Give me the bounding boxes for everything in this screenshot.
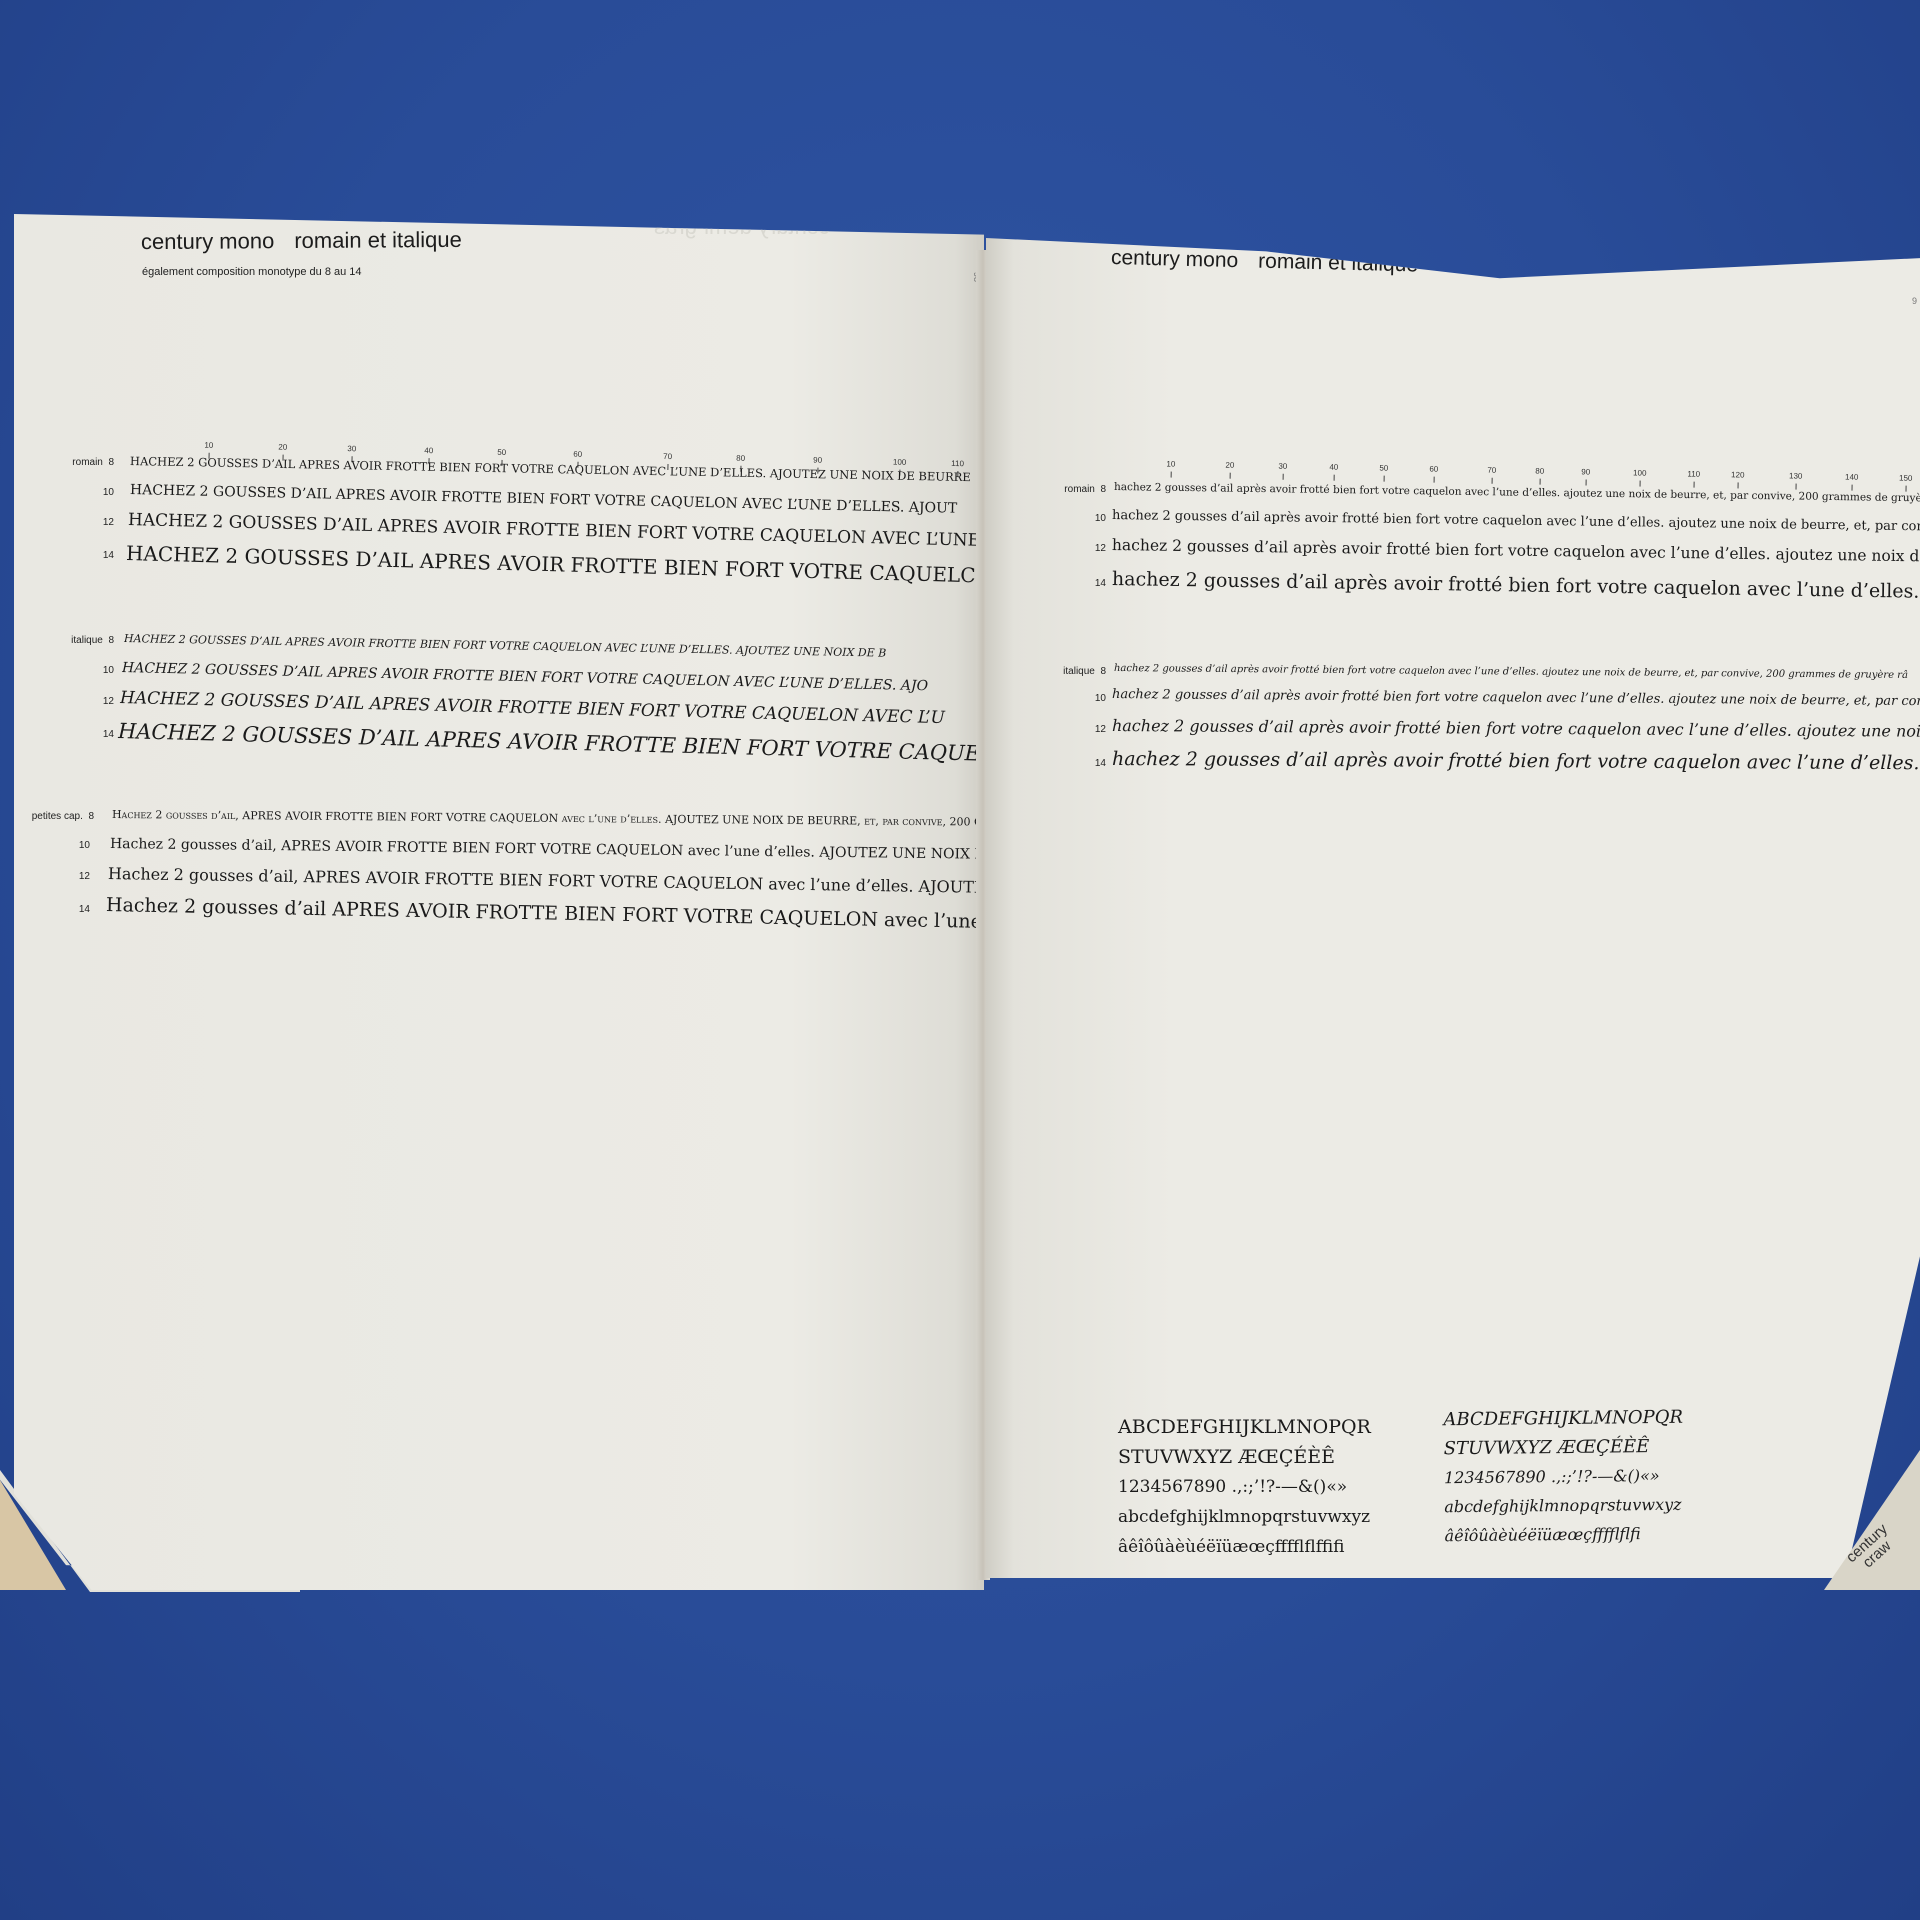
size-label: 14: [14, 904, 90, 915]
size-label: 10: [34, 665, 114, 676]
size-label: 10: [1026, 513, 1106, 524]
style-name: romain et italique: [294, 227, 462, 253]
ruler-tick: 50: [492, 448, 512, 457]
ruler-tick: 70: [658, 452, 678, 461]
ruler-tick: 40: [419, 446, 439, 455]
ruler-tick: 60: [1424, 464, 1444, 473]
ruler-tick: 20: [1220, 460, 1240, 469]
specimen-roman: ABCDEFGHIJKLMNOPQR STUVWXYZ ÆŒÇÉÈÊ 12345…: [1118, 1412, 1371, 1562]
ruler-tick: 120: [1728, 470, 1748, 479]
sample-line: Hachez 2 gousses d’ail APRES AVOIR FROTT…: [106, 894, 984, 933]
ruler-tick: 10: [1161, 459, 1181, 468]
size-label: 12: [34, 696, 114, 707]
specimen-lowercase: abcdefghijklmnopqrstuvwxyz: [1118, 1502, 1371, 1532]
sample-line: hachez 2 gousses d’ail après avoir frott…: [1112, 716, 1920, 741]
size-label: 14: [34, 729, 114, 740]
bleed-through-heading: century demi-gras: [654, 214, 830, 240]
ruler-tick: 20: [273, 442, 293, 451]
ruler-tick: 100: [890, 457, 910, 466]
ruler-tick: 150: [1896, 473, 1916, 482]
specimen-accents: âêîôûàèùéëïüæœçﬀﬄﬂﬃﬁ: [1118, 1532, 1371, 1562]
ruler-tick: 60: [568, 450, 588, 459]
ruler-tick: 110: [948, 459, 968, 468]
specimen-uppercase-1: ABCDEFGHIJKLMNOPQR: [1118, 1412, 1371, 1442]
specimen-uppercase-1: ABCDEFGHIJKLMNOPQR: [1443, 1403, 1683, 1435]
section-label: romain 8: [34, 457, 114, 468]
sample-line: HACHEZ 2 GOUSSES D’AIL APRES AVOIR FROTT…: [118, 719, 984, 766]
ruler-tick: 90: [1576, 467, 1596, 476]
specimen-uppercase-2: STUVWXYZ ÆŒÇÉÈÊ: [1118, 1442, 1371, 1472]
sample-line: hachez 2 gousses d’ail après avoir frott…: [1112, 748, 1920, 774]
sample-line: hachez 2 gousses d’ail après avoir frott…: [1112, 508, 1920, 534]
specimen-italic: ABCDEFGHIJKLMNOPQR STUVWXYZ ÆŒÇÉÈÊ 12345…: [1443, 1403, 1684, 1551]
style-name: romain et italique: [1258, 250, 1418, 277]
page-title: century monoromain et italique: [1111, 246, 1419, 277]
sample-line: Hachez 2 gousses d’ail, APRES AVOIR FROT…: [108, 864, 984, 897]
sample-line: Hachez 2 gousses d’ail, APRES AVOIR FROT…: [110, 836, 984, 863]
size-label: 10: [1026, 693, 1106, 704]
left-page: century demi-gras century monoromain et …: [14, 214, 984, 1590]
specimen-figures: 1234567890 .,:;’!?-—&()«»: [1444, 1461, 1684, 1493]
section-label: italique 8: [1026, 666, 1106, 677]
specimen-lowercase: abcdefghijklmnopqrstuvwxyz: [1444, 1490, 1684, 1522]
specimen-figures: 1234567890 .,:;’!?-—&()«»: [1118, 1472, 1371, 1502]
ruler-tick: 70: [1482, 466, 1502, 475]
right-page: century monoromain et italique 9 10 20 3…: [986, 238, 1920, 1578]
ruler-tick: 100: [1630, 468, 1650, 477]
ruler-tick: 90: [808, 455, 828, 464]
sample-line: HACHEZ 2 GOUSSES D’AIL APRES AVOIR FROTT…: [126, 541, 984, 588]
sample-line: HACHEZ 2 GOUSSES D’AIL APRES AVOIR FROTT…: [124, 632, 984, 662]
sample-line: hachez 2 gousses d’ail après avoir frott…: [1114, 663, 1920, 681]
ruler-tick: 30: [1273, 462, 1293, 471]
size-label: 12: [14, 871, 90, 882]
ruler-tick: 10: [199, 441, 219, 450]
ruler-tick: 80: [731, 454, 751, 463]
page-title: century monoromain et italique: [141, 227, 462, 255]
composition-note: également composition monotype du 8 au 1…: [142, 266, 362, 278]
size-label: 14: [1026, 758, 1106, 769]
page-number: 9: [1912, 296, 1917, 306]
size-label: 14: [1026, 578, 1106, 589]
specimen-accents: âêîôûàèùéëïüæœçﬀﬄﬂﬁ: [1444, 1519, 1684, 1551]
ruler-tick: 110: [1684, 469, 1704, 478]
size-label: 12: [1026, 543, 1106, 554]
ruler-tick: 130: [1786, 471, 1806, 480]
sample-line: Hachez 2 gousses d’ail, APRES AVOIR FROT…: [112, 808, 984, 829]
ruler-tick: 80: [1530, 466, 1550, 475]
ruler-tick: 40: [1324, 462, 1344, 471]
sample-line: hachez 2 gousses d’ail après avoir frott…: [1112, 687, 1920, 709]
section-label: romain 8: [1026, 484, 1106, 495]
ruler-tick: 30: [342, 444, 362, 453]
section-label: petites cap. 8: [14, 811, 94, 822]
specimen-uppercase-2: STUVWXYZ ÆŒÇÉÈÊ: [1444, 1432, 1684, 1464]
font-name: century mono: [1111, 246, 1239, 272]
sample-line: hachez 2 gousses d’ail après avoir frott…: [1112, 536, 1920, 565]
font-name: century mono: [141, 228, 274, 254]
size-label: 12: [34, 517, 114, 528]
size-label: 12: [1026, 724, 1106, 735]
ruler-tick: 50: [1374, 463, 1394, 472]
sample-line: hachez 2 gousses d’ail après avoir frott…: [1112, 568, 1920, 603]
section-label: italique 8: [34, 635, 114, 646]
size-label: 10: [34, 487, 114, 498]
ruler-tick: 140: [1842, 472, 1862, 481]
size-label: 14: [34, 550, 114, 561]
size-label: 10: [14, 840, 90, 851]
